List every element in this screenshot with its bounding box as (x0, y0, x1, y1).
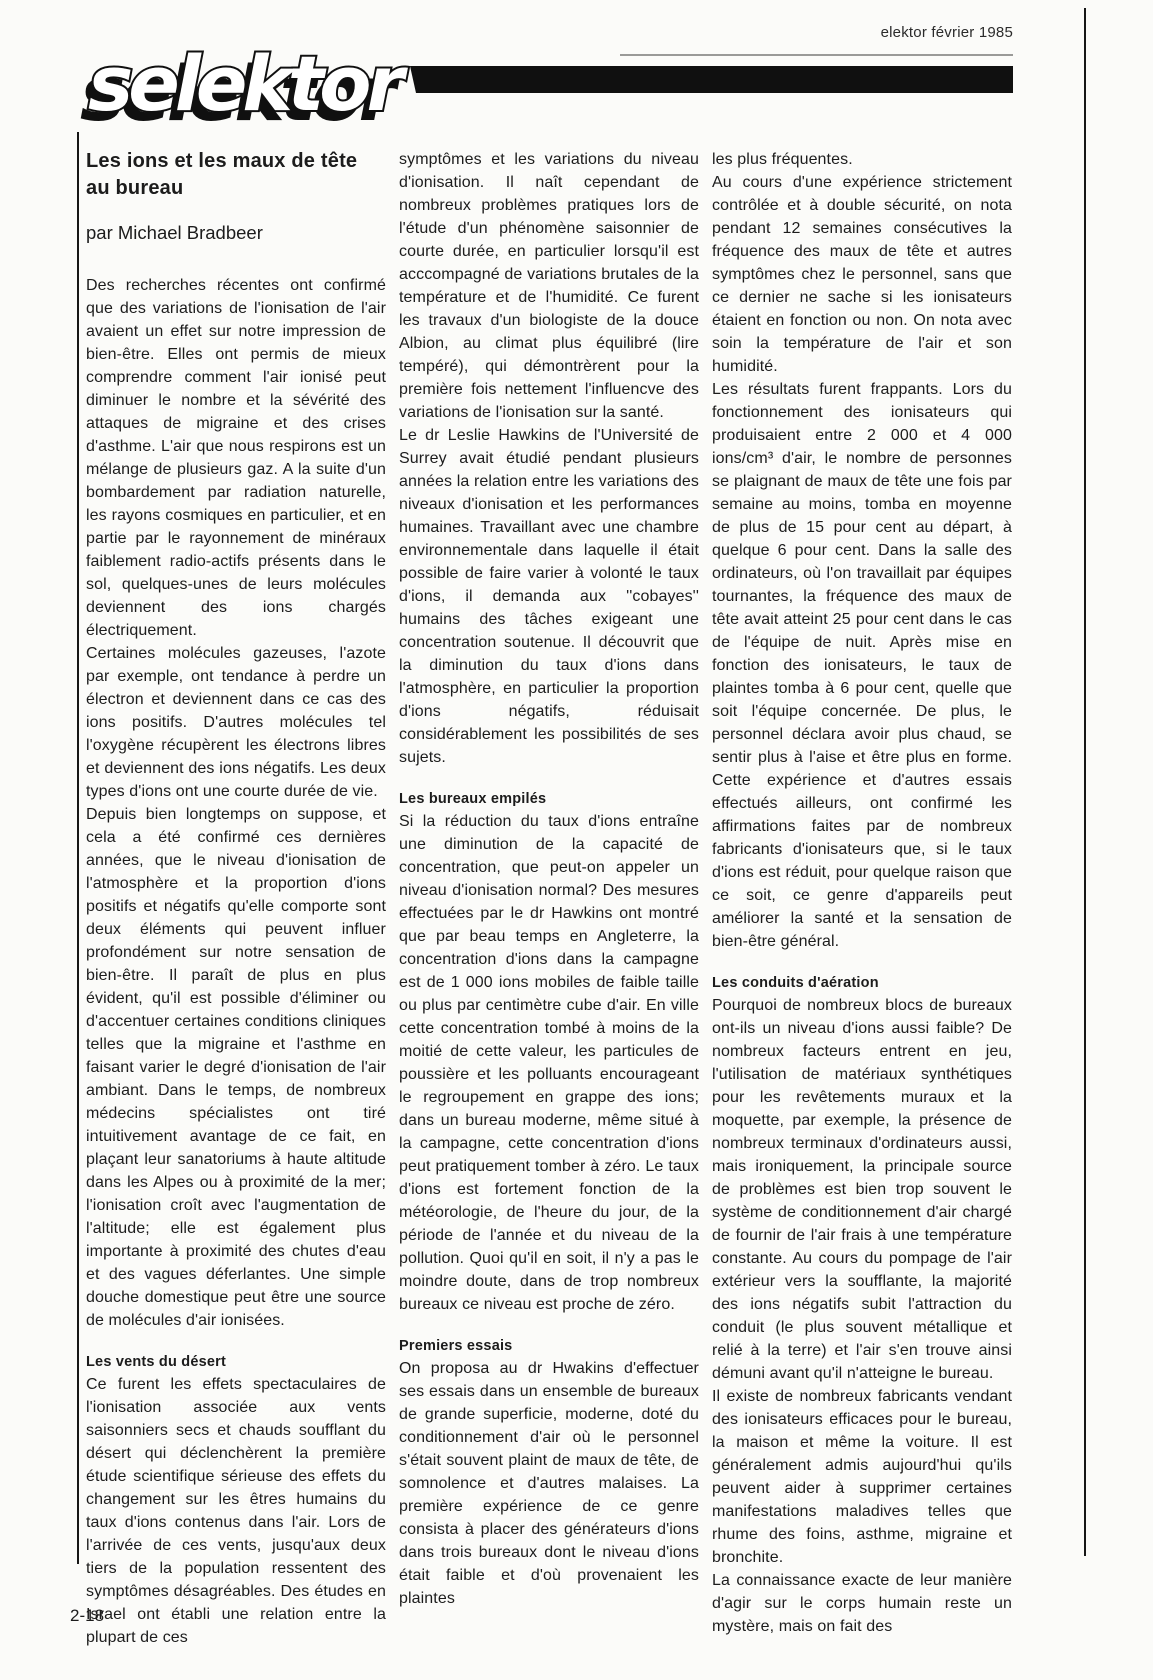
article-title: Les ions et les maux de tête au bureau (86, 148, 386, 202)
paragraph: Les résultats furent frappants. Lors du … (712, 378, 1012, 953)
column-2: symptômes et les variations du niveau d'… (399, 148, 699, 1649)
column-3: les plus fréquentes.Au cours d'une expér… (712, 148, 1012, 1649)
paragraph: Pourquoi de nombreux blocs de bureaux on… (712, 994, 1012, 1385)
article-body: Les ions et les maux de tête au bureau p… (86, 148, 1014, 1649)
paragraph: La connaissance exacte de leur manière d… (712, 1569, 1012, 1638)
section-heading: Les conduits d'aération (712, 975, 1012, 991)
page-right-rule (1084, 8, 1086, 1556)
paragraph: les plus fréquentes. (712, 148, 1012, 171)
section-heading: Les bureaux empilés (399, 791, 699, 807)
paragraph: Certaines molécules gazeuses, l'azote pa… (86, 642, 386, 803)
section-heading: Les vents du désert (86, 1354, 386, 1370)
logo-bar (410, 66, 1013, 93)
paragraph: Il existe de nombreux fabricants vendant… (712, 1385, 1012, 1569)
paragraph: On proposa au dr Hwakins d'effectuer ses… (399, 1357, 699, 1610)
paragraph: Au cours d'une expérience strictement co… (712, 171, 1012, 378)
page-number: 2-18 (70, 1606, 104, 1626)
magazine-page: elektor février 1985 selektor selektor L… (0, 0, 1153, 1680)
paragraph: Des recherches récentes ont confirmé que… (86, 274, 386, 642)
article-byline: par Michael Bradbeer (86, 222, 386, 244)
column-3-blocks: les plus fréquentes.Au cours d'une expér… (712, 148, 1012, 1638)
paragraph: symptômes et les variations du niveau d'… (399, 148, 699, 424)
paragraph: Le dr Leslie Hawkins de l'Université de … (399, 424, 699, 769)
column-1-blocks: Des recherches récentes ont confirmé que… (86, 274, 386, 1649)
column-left-rule (77, 132, 79, 1564)
column-2-blocks: symptômes et les variations du niveau d'… (399, 148, 699, 1610)
paragraph: Si la réduction du taux d'ions entraîne … (399, 810, 699, 1316)
selektor-logo-art: selektor selektor (80, 36, 1015, 136)
selektor-logo: selektor selektor (80, 36, 1015, 136)
logo-text: selektor (88, 39, 408, 128)
section-heading: Premiers essais (399, 1338, 699, 1354)
column-1: Les ions et les maux de tête au bureau p… (86, 148, 386, 1649)
paragraph: Ce furent les effets spectaculaires de l… (86, 1373, 386, 1649)
paragraph: Depuis bien longtemps on suppose, et cel… (86, 803, 386, 1332)
